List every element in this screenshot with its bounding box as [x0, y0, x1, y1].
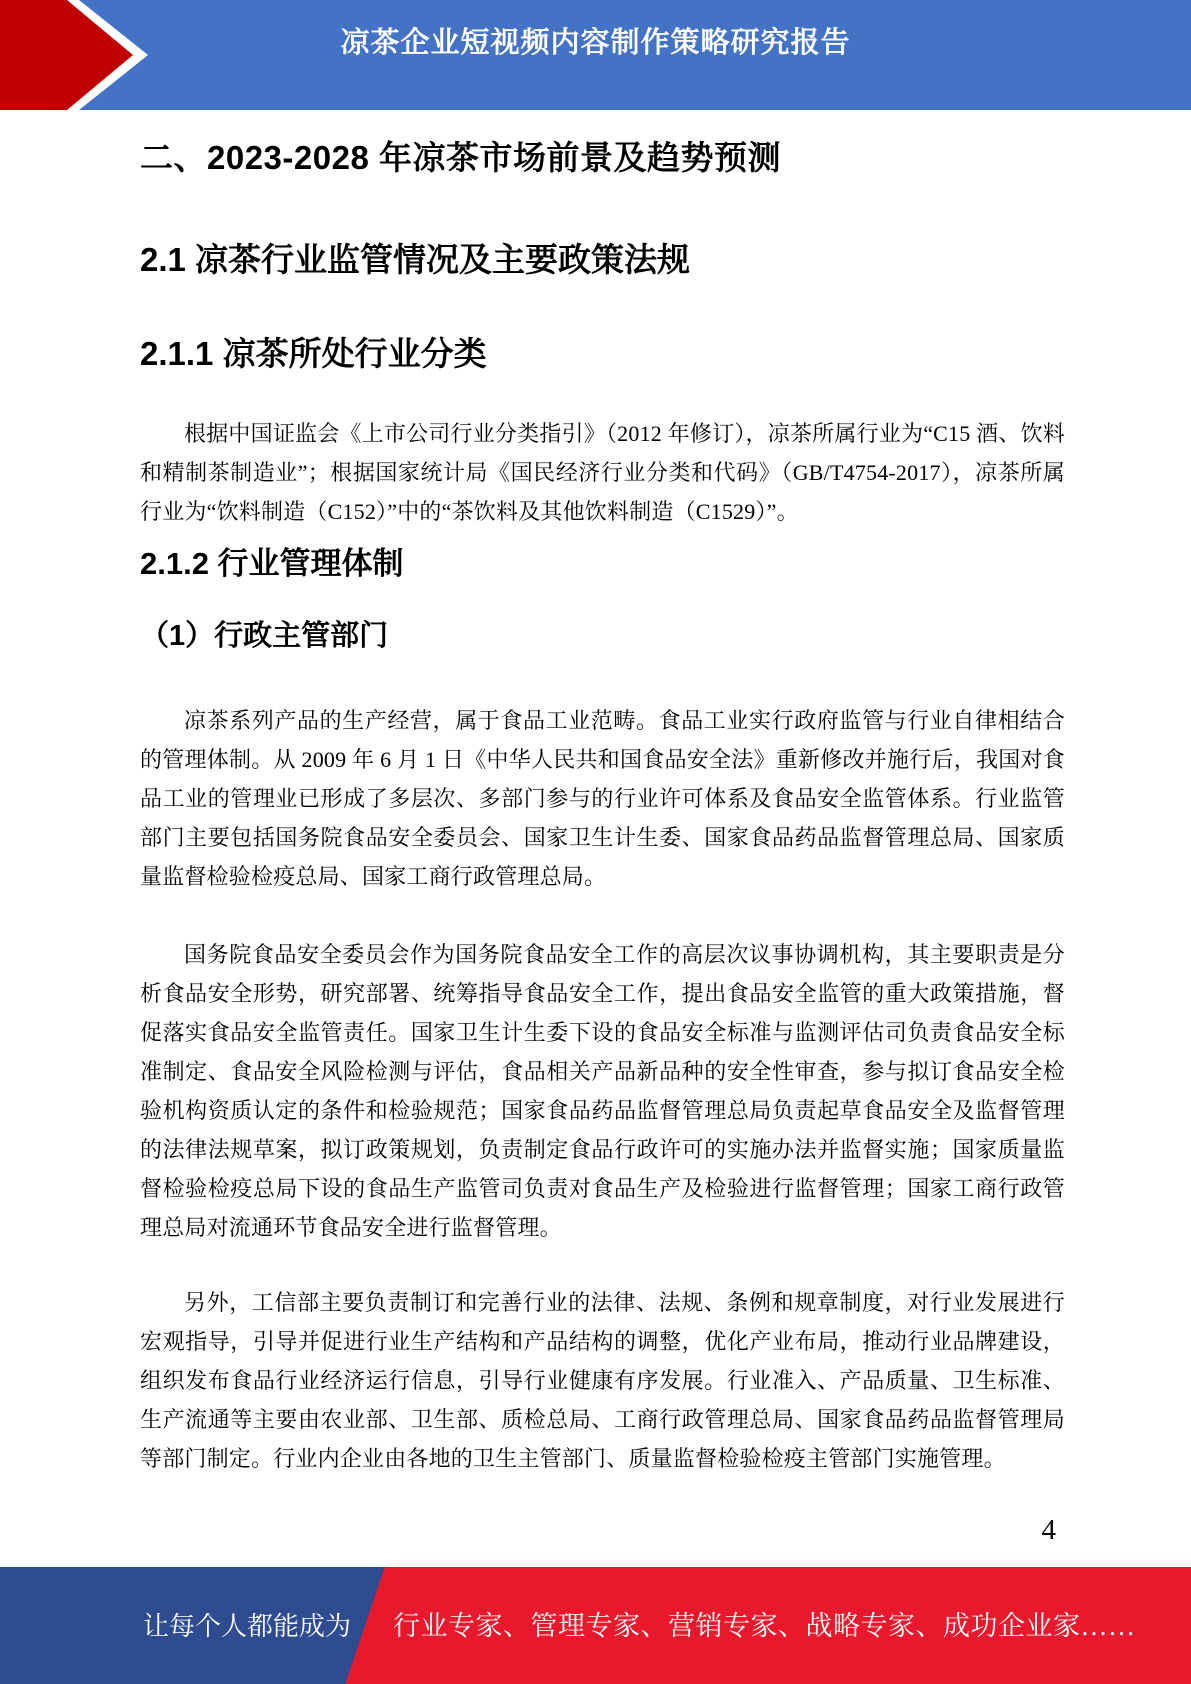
section-heading: 二、2023-2028 年凉茶市场前景及趋势预测: [140, 138, 1065, 177]
paragraph-industry-classification: 根据中国证监会《上市公司行业分类指引》（2012 年修订），凉茶所属行业为“C1…: [140, 414, 1065, 531]
heading-admin-departments: （1）行政主管部门: [140, 618, 1065, 654]
heading-2-1: 2.1 凉茶行业监管情况及主要政策法规: [140, 240, 1065, 279]
paragraph-department-duties: 国务院食品安全委员会作为国务院食品安全工作的高层次议事协调机构，其主要职责是分析…: [140, 935, 1065, 1247]
page-header: 凉茶企业短视频内容制作策略研究报告: [0, 0, 1191, 110]
heading-2-1-2: 2.1.2 行业管理体制: [140, 545, 1065, 583]
report-title: 凉茶企业短视频内容制作策略研究报告: [0, 26, 1191, 60]
document-body: 二、2023-2028 年凉茶市场前景及趋势预测 2.1 凉茶行业监管情况及主要…: [0, 110, 1191, 1478]
footer-slogan-right: 行业专家、管理专家、营销专家、战略专家、成功企业家……: [393, 1611, 1136, 1642]
page-number: 4: [1042, 1512, 1057, 1548]
paragraph-miit-responsibilities: 另外，工信部主要负责制订和完善行业的法律、法规、条例和规章制度，对行业发展进行宏…: [140, 1283, 1065, 1478]
paragraph-management-system: 凉茶系列产品的生产经营，属于食品工业范畴。食品工业实行政府监管与行业自律相结合的…: [140, 701, 1065, 896]
heading-2-1-1: 2.1.1 凉茶所处行业分类: [140, 334, 1065, 373]
page-footer: 让每个人都能成为 行业专家、管理专家、营销专家、战略专家、成功企业家……: [0, 1567, 1191, 1684]
report-page: 凉茶企业短视频内容制作策略研究报告 二、2023-2028 年凉茶市场前景及趋势…: [0, 0, 1191, 1684]
footer-slogan-left: 让每个人都能成为: [143, 1612, 351, 1642]
